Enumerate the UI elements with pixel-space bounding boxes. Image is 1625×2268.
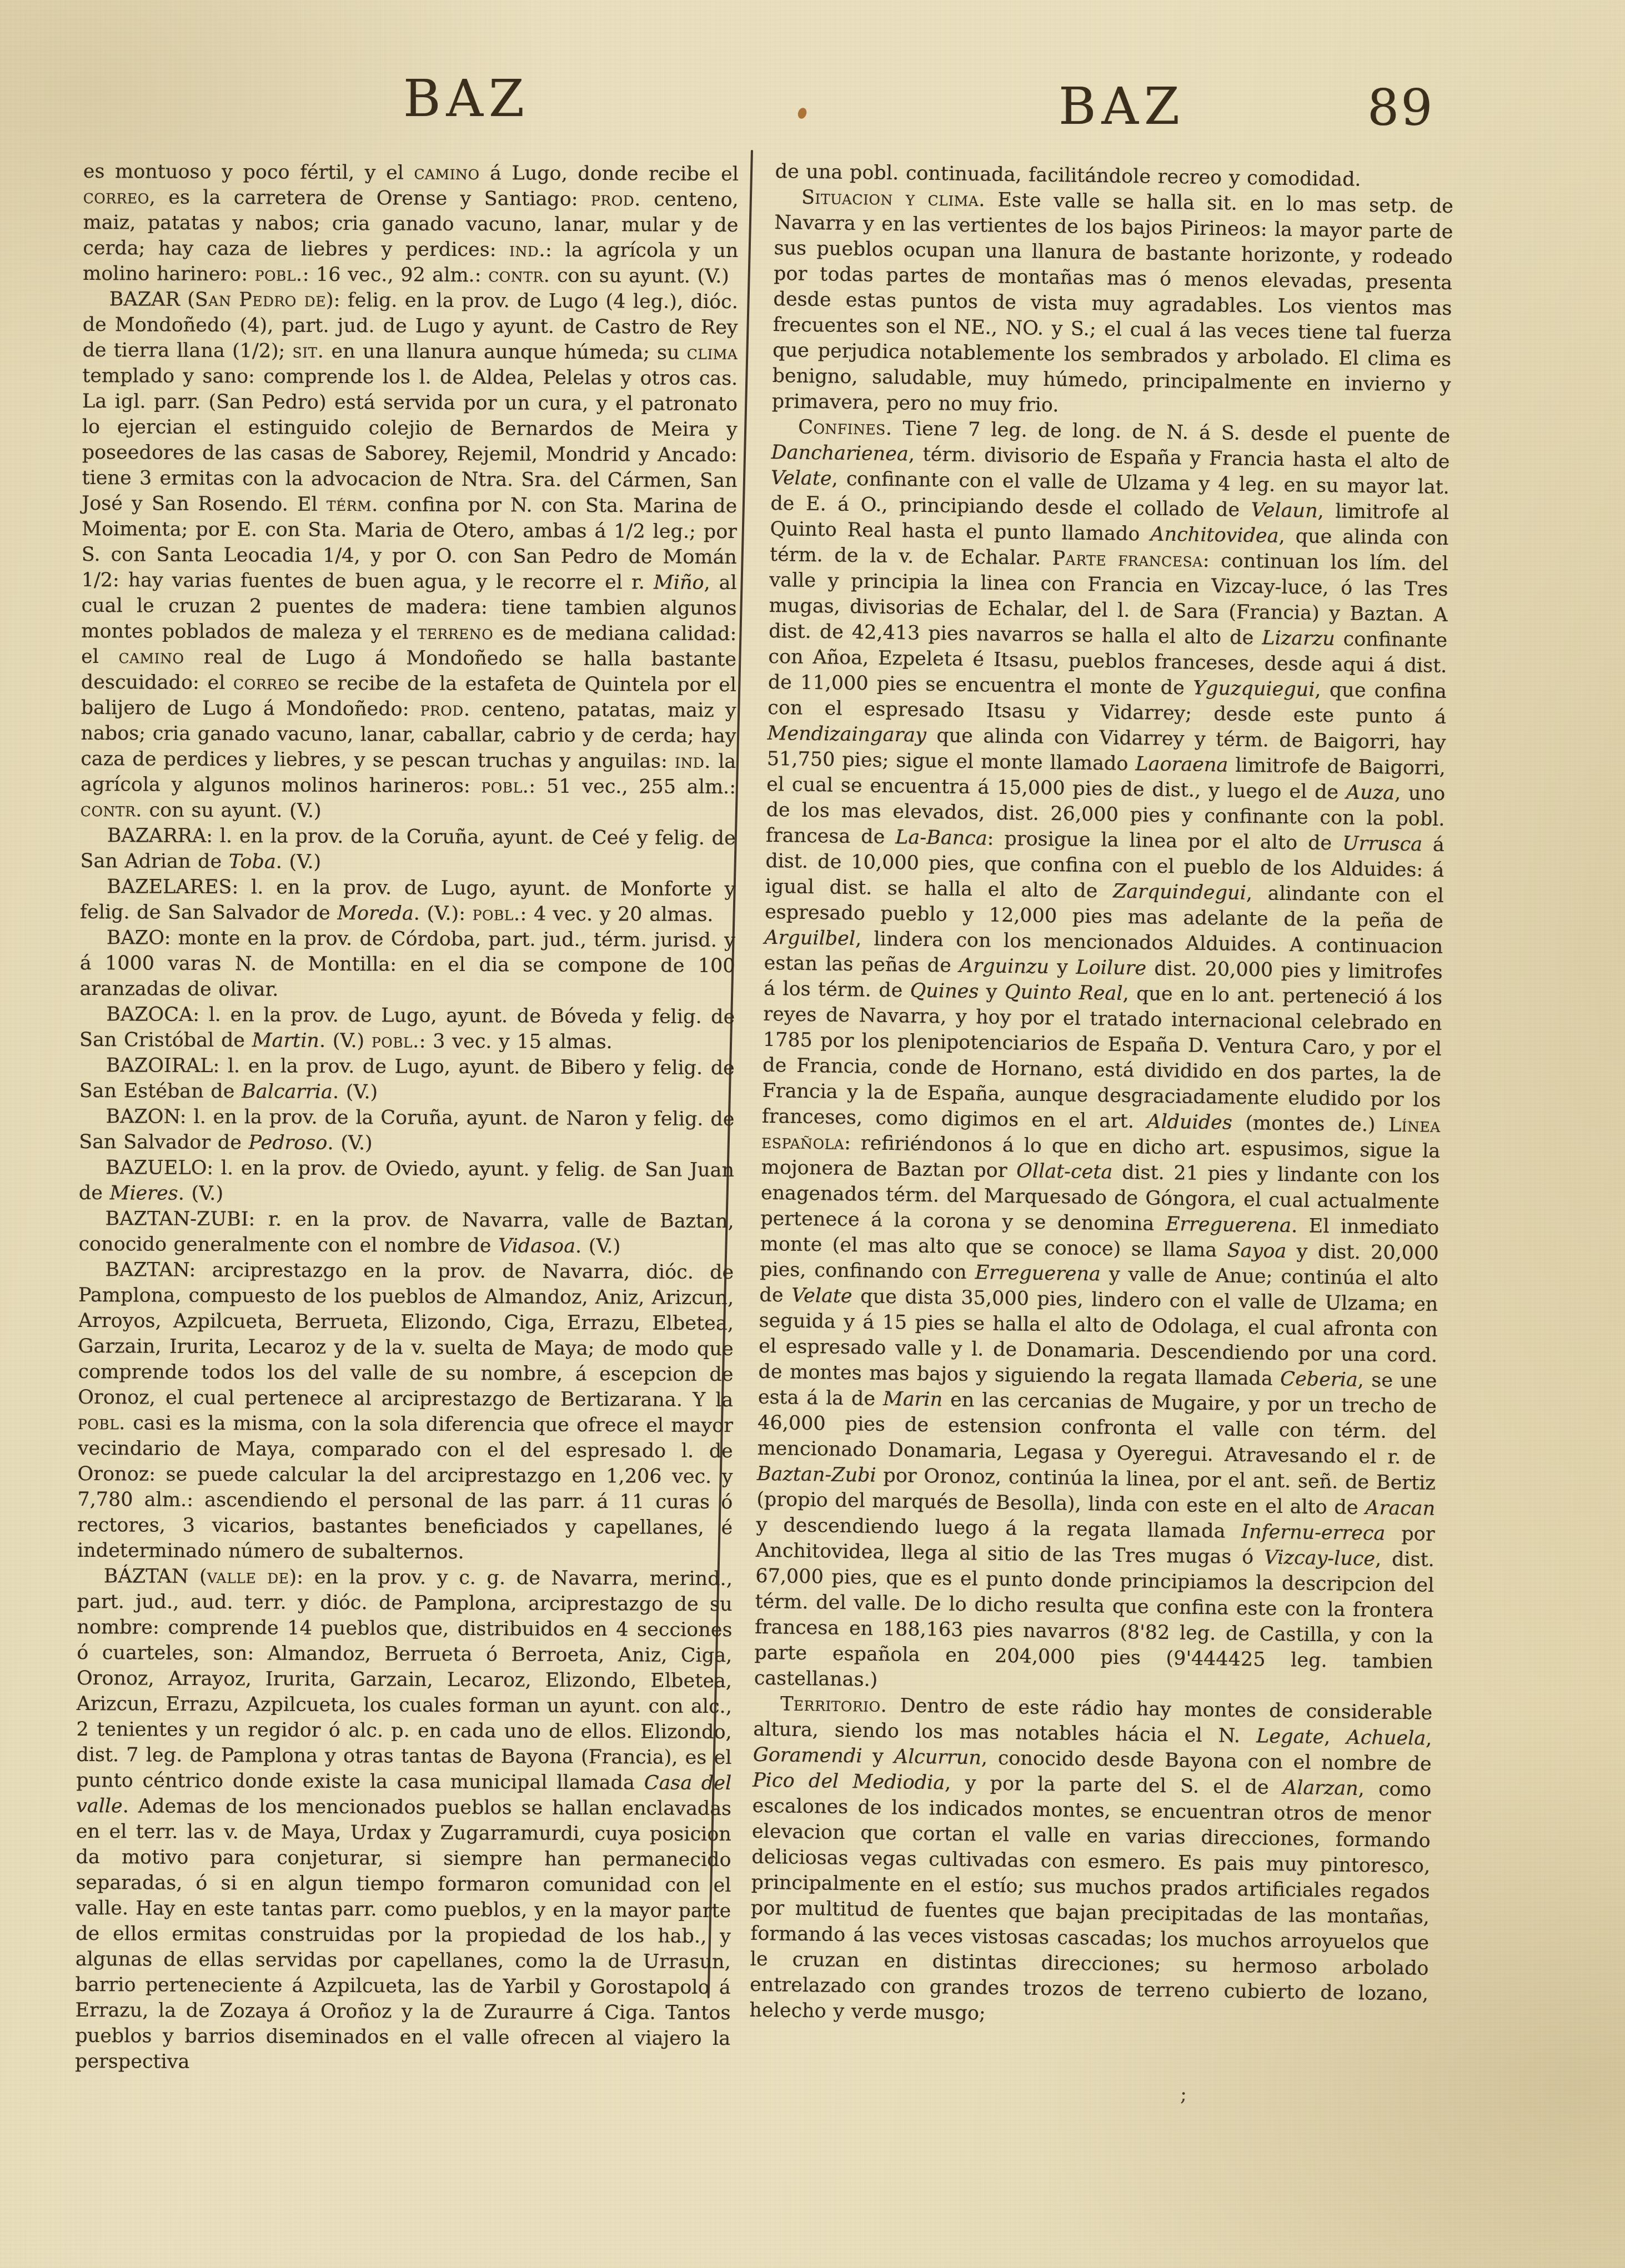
- text-run: Yguzquiegui: [1193, 677, 1315, 701]
- text-run: : prosigue la linea por el alto de: [987, 827, 1342, 854]
- text-run: , es la carretera de Orense y Santiago:: [149, 187, 591, 210]
- text-run: terreno: [417, 622, 493, 645]
- paragraph: BAZO: monte en la prov. de Córdoba, part…: [79, 925, 735, 1004]
- text-run: Anchitovidea: [1150, 523, 1279, 547]
- text-run: valle de: [207, 1566, 289, 1588]
- text-run: contr.: [81, 799, 142, 821]
- text-run: ,: [1324, 1726, 1347, 1749]
- text-run: Vizcay-luce: [1264, 1547, 1376, 1571]
- text-run: con su ayunt. (V.): [550, 265, 729, 288]
- text-run: Aracan: [1365, 1497, 1435, 1520]
- text-run: Velaun: [1251, 499, 1317, 522]
- text-run: Arguilbel: [764, 927, 855, 950]
- text-run: Quinto Real: [1005, 981, 1123, 1005]
- text-run: Arguinzu: [959, 955, 1049, 978]
- text-run: y descendiendo luego á la regata llamada: [756, 1514, 1241, 1543]
- text-run: Miño: [654, 571, 704, 594]
- text-run: Territorio.: [780, 1693, 887, 1717]
- text-run: , térm. divisorio de España y Francia ha…: [909, 443, 1450, 473]
- text-run: Velate: [791, 1285, 852, 1308]
- text-run: Goramendi: [753, 1744, 862, 1768]
- text-run: prod.: [591, 188, 641, 210]
- text-run: (montes de.): [1232, 1112, 1389, 1136]
- right-column: de una pobl. continuada, facilitándole r…: [749, 159, 1454, 2033]
- text-run: Auza: [1346, 781, 1395, 804]
- paper-fleck: [796, 107, 808, 120]
- text-run: : 4 vec. y 20 almas.: [520, 903, 714, 926]
- text-run: . Ademas de los mencionados pueblos se h…: [75, 1795, 731, 2073]
- paragraph: BAZAR (San Pedro de): felig. en la prov.…: [81, 286, 738, 826]
- text-run: Alcurrun: [894, 1746, 982, 1769]
- text-run: prod.: [420, 698, 470, 721]
- text-run: Sayoa: [1227, 1240, 1286, 1263]
- left-column: es montuoso y poco fértil, y el camino á…: [75, 159, 739, 2077]
- paragraph: Confines. Tiene 7 leg. de long. de N. á …: [754, 414, 1450, 1701]
- paragraph: BAZOCA: l. en la prov. de Lugo, ayunt. d…: [79, 1002, 735, 1055]
- paragraph: Territorio. Dentro de este rádio hay mon…: [749, 1691, 1432, 2033]
- text-run: La-Banca: [895, 826, 987, 849]
- text-run: , como escalones de los indicados montes…: [749, 1778, 1431, 2025]
- running-title-right: BAZ: [1059, 77, 1185, 136]
- text-run: Zarquindegui: [1113, 881, 1246, 904]
- paragraph: Situacion y clima. Este valle se halla s…: [772, 184, 1454, 424]
- text-run: casi es la misma, con la sola diferencia…: [77, 1412, 733, 1563]
- text-run: ind.: [675, 751, 711, 773]
- text-run: correo: [233, 672, 299, 695]
- text-run: y: [862, 1745, 894, 1768]
- text-run: en una llanura aunque húmeda; su: [324, 340, 686, 364]
- text-run: Laoraena: [1135, 753, 1228, 776]
- text-run: Mendizaingaray: [767, 722, 926, 747]
- text-run: BAZON: l. en la prov. de la Coruña, ayun…: [79, 1105, 734, 1154]
- paragraph: BAZELARES: l. en la prov. de Lugo, ayunt…: [80, 874, 735, 928]
- text-run: Quines: [910, 980, 979, 1003]
- text-run: , conocido desde Bayona con el nombre de: [981, 1747, 1432, 1775]
- text-run: contr.: [488, 264, 550, 286]
- paragraph: BAZON: l. en la prov. de la Coruña, ayun…: [79, 1104, 734, 1158]
- paragraph: BAZARRA: l. en la prov. de la Coruña, ay…: [80, 823, 735, 877]
- text-run: Achuela: [1346, 1727, 1426, 1750]
- text-run: . (V.): [276, 851, 322, 873]
- paragraph: BÁZTAN (valle de): en la prov. y c. g. d…: [75, 1563, 733, 2077]
- text-run: BAZTAN-ZUBI: r. en la prov. de Navarra, …: [78, 1208, 734, 1257]
- text-run: BÁZTAN (: [104, 1565, 207, 1588]
- text-run: BAZO: monte en la prov. de Córdoba, part…: [79, 927, 735, 1000]
- text-run: : 3 vec. y 15 almas.: [419, 1030, 613, 1054]
- text-run: Martin: [252, 1029, 319, 1052]
- paragraph: es montuoso y poco fértil, y el camino á…: [83, 159, 739, 289]
- text-run: camino: [118, 646, 184, 668]
- paragraph: BAZTAN: arciprestazgo en la prov. de Nav…: [77, 1257, 734, 1566]
- text-run: pobl.: [78, 1412, 126, 1434]
- text-run: . (V.):: [414, 903, 473, 925]
- text-run: : 51 vec., 255 alm.:: [529, 776, 736, 799]
- text-run: : 16 vec., 92 alm.:: [303, 264, 489, 286]
- text-run: ): en la prov. y c. g. de Navarra, merin…: [76, 1566, 733, 1794]
- text-run: Baztan-Zubi: [757, 1463, 876, 1487]
- text-run: pobl.: [372, 1030, 419, 1052]
- text-run: ind.: [509, 239, 545, 261]
- text-run: , que en lo ant. perteneció á los reyes …: [762, 983, 1443, 1133]
- text-run: con su ayunt. (V.): [142, 799, 322, 822]
- text-run: BAZOIRAL: l. en la prov. de Lugo, ayunt.…: [79, 1054, 735, 1103]
- text-run: Dancharienea: [771, 441, 909, 465]
- text-run: camino: [414, 162, 479, 185]
- text-run: Loilure: [1076, 957, 1146, 980]
- text-run: Pico del Mediodia: [753, 1769, 945, 1794]
- text-run: Moreda: [337, 902, 414, 925]
- text-run: Parte francesa: [1052, 547, 1203, 572]
- text-run: , y por la parte del S. el de: [945, 1772, 1283, 1799]
- text-run: Tiene 7 leg. de long. de N. á S. desde e…: [892, 418, 1450, 447]
- text-run: Mieres: [110, 1182, 178, 1205]
- text-run: Marin: [883, 1388, 943, 1411]
- text-run: . (V.): [319, 1030, 372, 1052]
- text-run: Lizarzu: [1262, 627, 1335, 650]
- text-run: . (V.): [178, 1183, 224, 1205]
- text-run: Ollat-ceta: [1016, 1160, 1113, 1183]
- text-run: térm.: [327, 494, 378, 516]
- text-run: Erreguerena: [975, 1261, 1101, 1285]
- text-run: Infernu-erreca: [1241, 1521, 1386, 1545]
- text-run: Legate: [1256, 1725, 1325, 1748]
- text-run: San Pedro de: [195, 289, 326, 311]
- text-run: á Lugo, donde recibe el: [479, 162, 739, 185]
- text-run: pobl.: [473, 903, 520, 925]
- text-run: BAZARRA: l. en la prov. de la Coruña, ay…: [80, 824, 735, 873]
- paragraph: BAZTAN-ZUBI: r. en la prov. de Navarra, …: [78, 1206, 734, 1260]
- text-run: Ceberia: [1280, 1368, 1358, 1391]
- text-run: Este valle se halla sit. en lo mas setp.…: [772, 189, 1454, 416]
- text-run: BAZTAN: arciprestazgo en la prov. de Nav…: [78, 1259, 734, 1411]
- text-run: templado y sano: comprende los l. de Ald…: [82, 365, 738, 516]
- text-run: Vidasoa: [498, 1235, 575, 1258]
- text-run: y: [1049, 956, 1076, 979]
- text-run: Pedroso: [248, 1132, 327, 1154]
- text-run: pobl.: [255, 263, 303, 285]
- text-run: pobl.: [481, 775, 529, 797]
- text-run: . (V.): [327, 1132, 373, 1154]
- text-run: . (V.): [575, 1235, 621, 1258]
- text-run: Balcarria: [242, 1080, 333, 1103]
- text-run: y: [979, 980, 1005, 1003]
- text-run: ,: [1426, 1728, 1432, 1750]
- text-run: sit.: [292, 340, 324, 363]
- text-run: correo: [83, 186, 149, 209]
- text-run: Alarzan: [1283, 1777, 1358, 1800]
- page-number: 89: [1367, 79, 1435, 137]
- text-run: . (V.): [333, 1081, 378, 1103]
- text-run: Erreguerena: [1166, 1213, 1292, 1237]
- text-run: clima: [687, 342, 738, 364]
- paragraph: BAZUELO: l. en la prov. de Oviedo, ayunt…: [79, 1155, 734, 1209]
- page: BAZ BAZ 89 es montuoso y poco fértil, y …: [0, 0, 1625, 2268]
- text-run: Velate: [771, 467, 832, 490]
- text-run: Urrusca: [1342, 832, 1422, 856]
- text-run: Alduides: [1147, 1111, 1232, 1134]
- text-run: Toba: [229, 851, 276, 873]
- text-run: Confines.: [798, 416, 892, 440]
- ink-mark: ;: [1180, 2083, 1187, 2106]
- text-run: BAZAR (: [109, 288, 195, 311]
- text-run: Situacion y clima.: [801, 187, 986, 212]
- text-run: es montuoso y poco fértil, y el: [83, 160, 414, 184]
- paragraph: BAZOIRAL: l. en la prov. de Lugo, ayunt.…: [79, 1053, 735, 1107]
- running-title-left: BAZ: [403, 69, 530, 128]
